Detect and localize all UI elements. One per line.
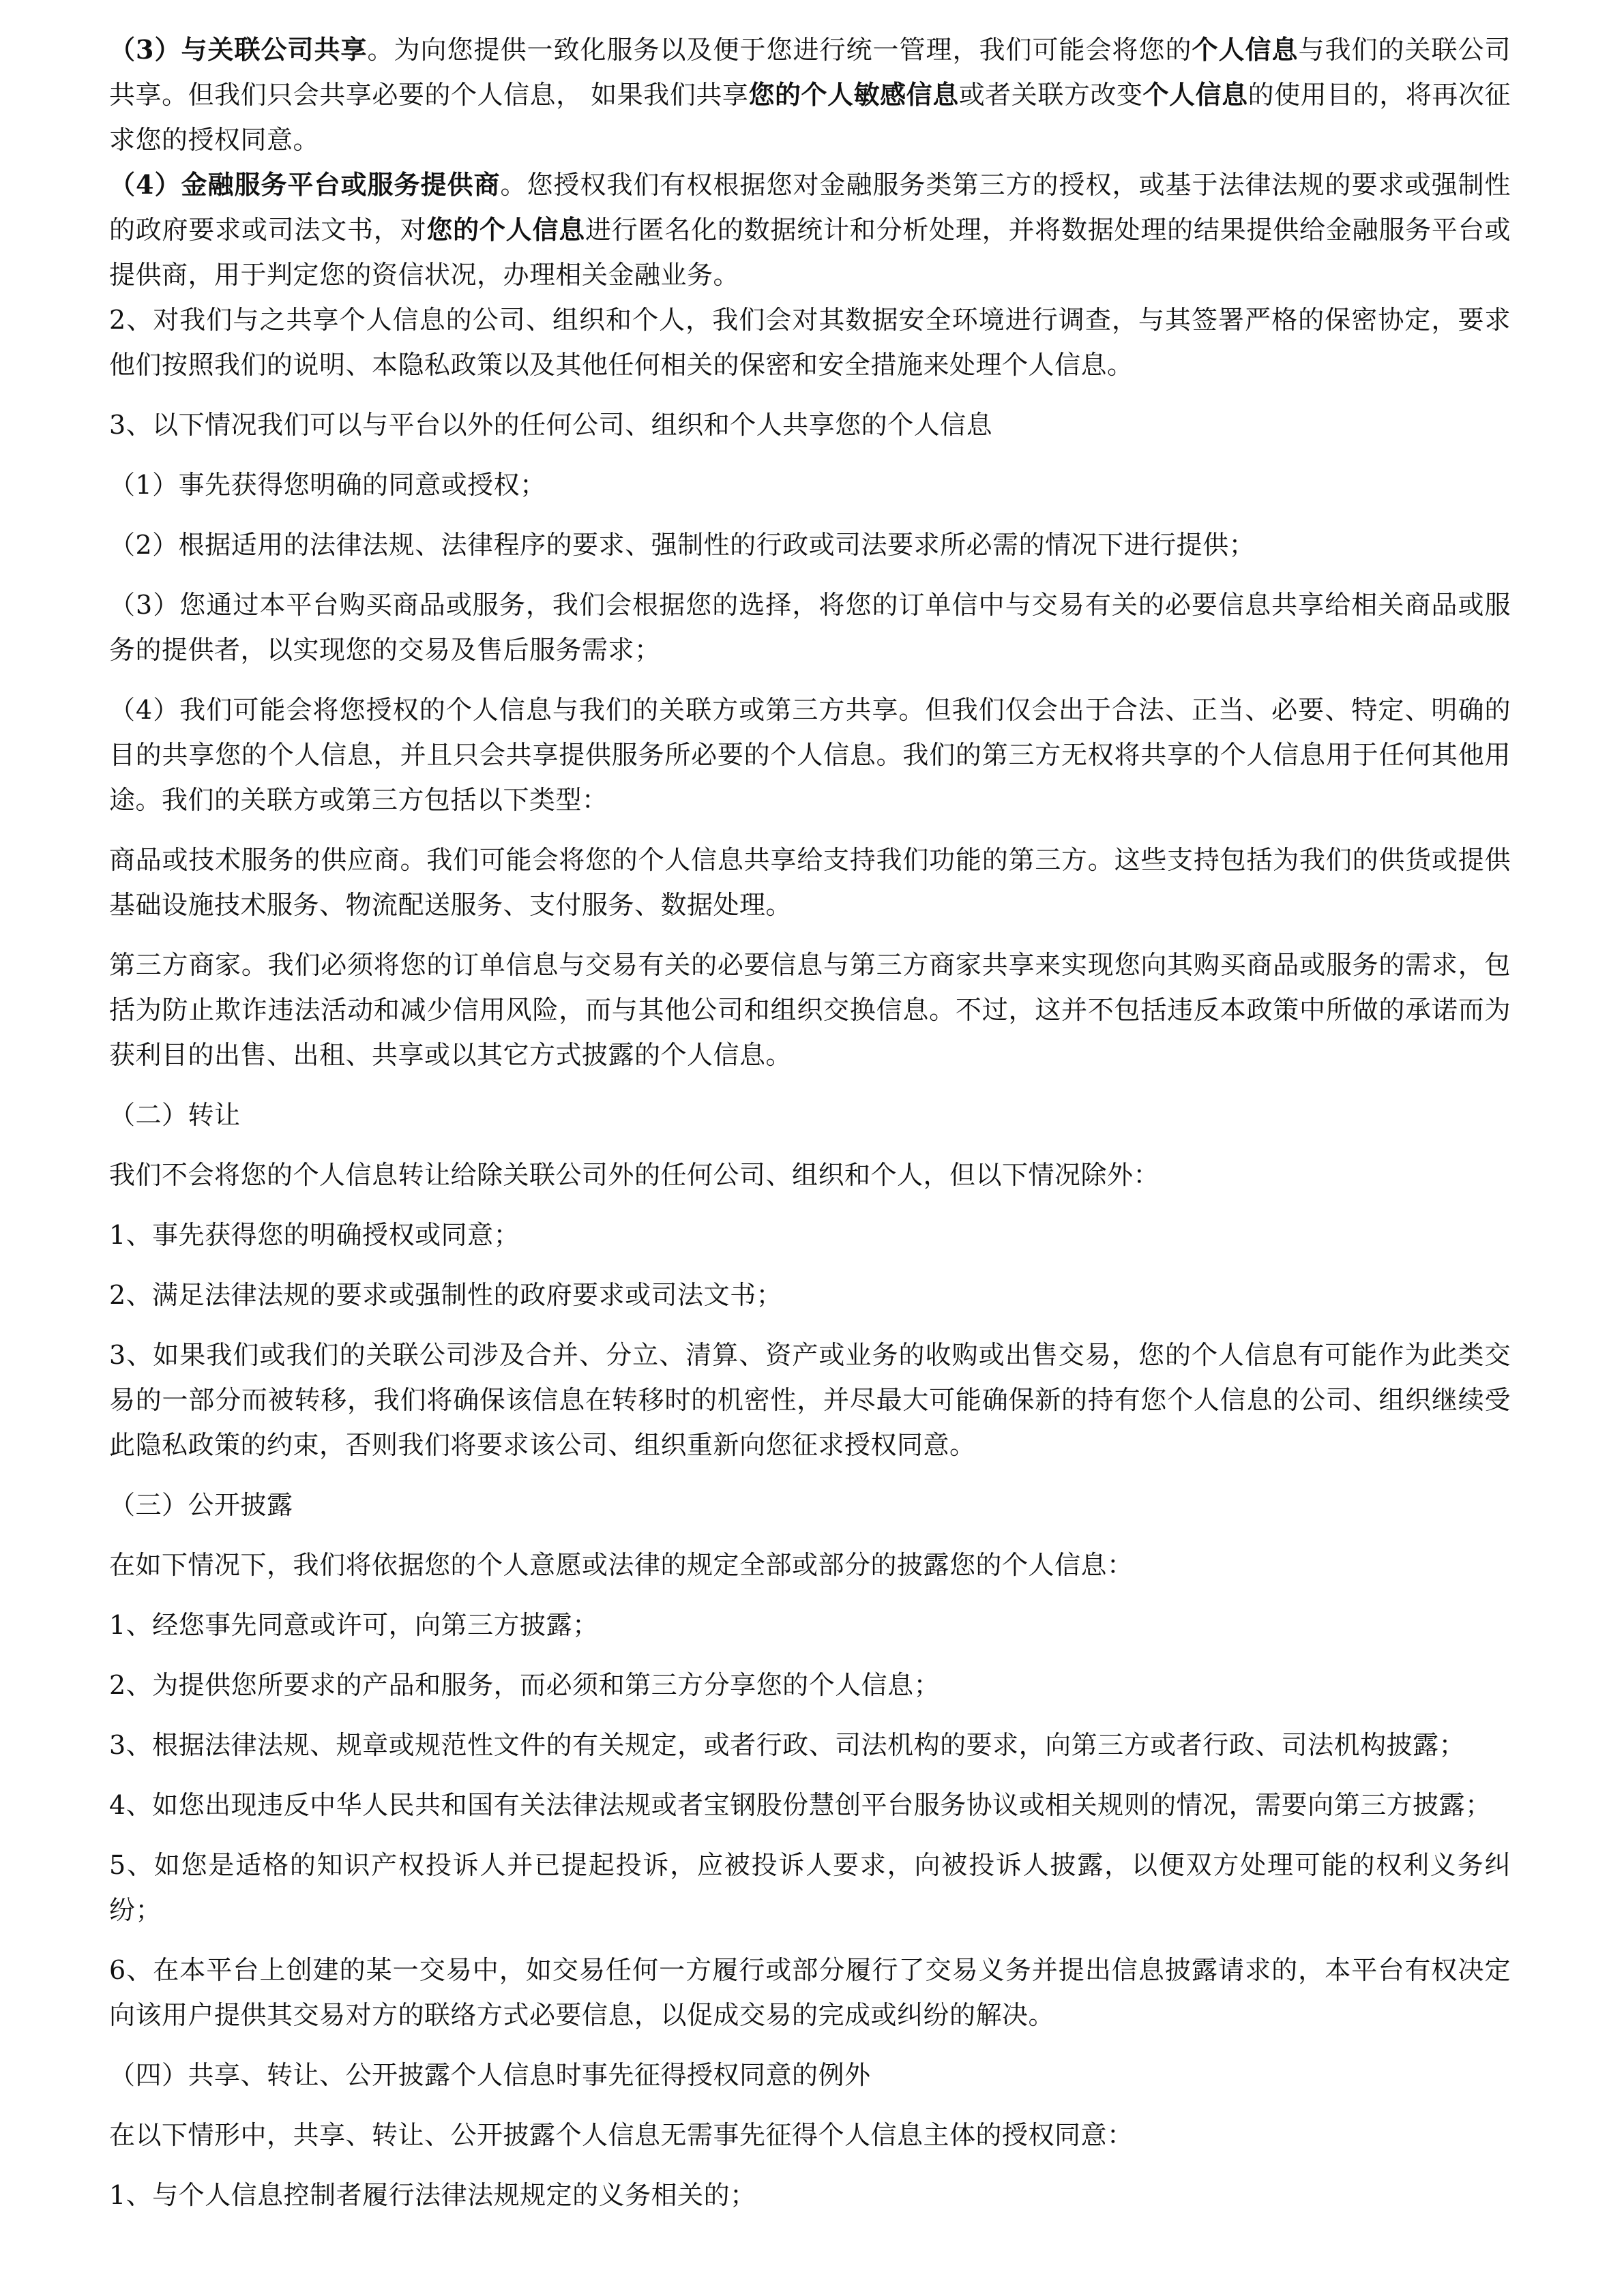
paragraph-suppliers: 商品或技术服务的供应商。我们可能会将您的个人信息共享给支持我们功能的第三方。这些… (109, 837, 1511, 927)
list-item: 5、如您是适格的知识产权投诉人并已提起投诉，应被投诉人要求，向被投诉人披露，以便… (109, 1843, 1511, 1933)
paragraph-financial-services: （4）金融服务平台或服务提供商。您授权我们有权根据您对金融服务类第三方的授权，或… (109, 162, 1511, 297)
list-item: （2）根据适用的法律法规、法律程序的要求、强制性的行政或司法要求所必需的情况下进… (109, 522, 1511, 567)
list-item: 2、为提供您所要求的产品和服务，而必须和第三方分享您的个人信息； (109, 1663, 1511, 1708)
list-item: 1、事先获得您的明确授权或同意； (109, 1212, 1511, 1257)
paragraph-third-party-merchants: 第三方商家。我们必须将您的订单信息与交易有关的必要信息与第三方商家共享来实现您向… (109, 942, 1511, 1077)
list-item: （3）您通过本平台购买商品或服务，我们会根据您的选择，将您的订单信中与交易有关的… (109, 582, 1511, 672)
paragraph-security-review: 2、对我们与之共享个人信息的公司、组织和个人，我们会对其数据安全环境进行调查，与… (109, 297, 1511, 387)
paragraph-exceptions-intro: 在以下情形中，共享、转让、公开披露个人信息无需事先征得个人信息主体的授权同意： (109, 2113, 1511, 2158)
paragraph-sharing-conditions: 3、以下情况我们可以与平台以外的任何公司、组织和个人共享您的个人信息 (109, 402, 1511, 447)
list-item: 2、满足法律法规的要求或强制性的政府要求或司法文书； (109, 1272, 1511, 1317)
list-item: 6、在本平台上创建的某一交易中，如交易任何一方履行或部分履行了交易义务并提出信息… (109, 1948, 1511, 2038)
paragraph-disclosure-intro: 在如下情况下，我们将依据您的个人意愿或法律的规定全部或部分的披露您的个人信息： (109, 1542, 1511, 1587)
section-heading-exceptions: （四）共享、转让、公开披露个人信息时事先征得授权同意的例外 (109, 2053, 1511, 2098)
inline-bold: 个人信息 (1192, 34, 1298, 65)
inline-bold: 您的个人信息 (426, 214, 585, 245)
list-item: （4）我们可能会将您授权的个人信息与我们的关联方或第三方共享。但我们仅会出于合法… (109, 687, 1511, 822)
inline-text: 。为向您提供一致化服务以及便于您进行统一管理，我们可能会将您的 (367, 35, 1192, 65)
paragraph-share-affiliates: （3）与关联公司共享。为向您提供一致化服务以及便于您进行统一管理，我们可能会将您… (109, 27, 1511, 162)
list-item: （1）事先获得您明确的同意或授权； (109, 462, 1511, 507)
list-item: 1、经您事先同意或许可，向第三方披露； (109, 1602, 1511, 1648)
inline-bold: （3）与关联公司共享 (109, 34, 367, 65)
inline-bold: 个人信息 (1142, 79, 1247, 110)
list-item: 3、根据法律法规、规章或规范性文件的有关规定，或者行政、司法机构的要求，向第三方… (109, 1723, 1511, 1768)
inline-bold: 您的个人敏感信息 (748, 79, 958, 110)
list-item: 3、如果我们或我们的关联公司涉及合并、分立、清算、资产或业务的收购或出售交易，您… (109, 1332, 1511, 1467)
document-page: （3）与关联公司共享。为向您提供一致化服务以及便于您进行统一管理，我们可能会将您… (109, 27, 1511, 2218)
list-item: 4、如您出现违反中华人民共和国有关法律法规或者宝钢股份慧创平台服务协议或相关规则… (109, 1783, 1511, 1828)
list-item: 1、与个人信息控制者履行法律法规规定的义务相关的； (109, 2173, 1511, 2218)
section-heading-transfer: （二）转让 (109, 1092, 1511, 1137)
paragraph-transfer-intro: 我们不会将您的个人信息转让给除关联公司外的任何公司、组织和个人，但以下情况除外： (109, 1152, 1511, 1197)
section-heading-public-disclosure: （三）公开披露 (109, 1482, 1511, 1527)
inline-bold: （4）金融服务平台或服务提供商 (109, 169, 500, 200)
inline-text: 或者关联方改变 (959, 80, 1143, 110)
